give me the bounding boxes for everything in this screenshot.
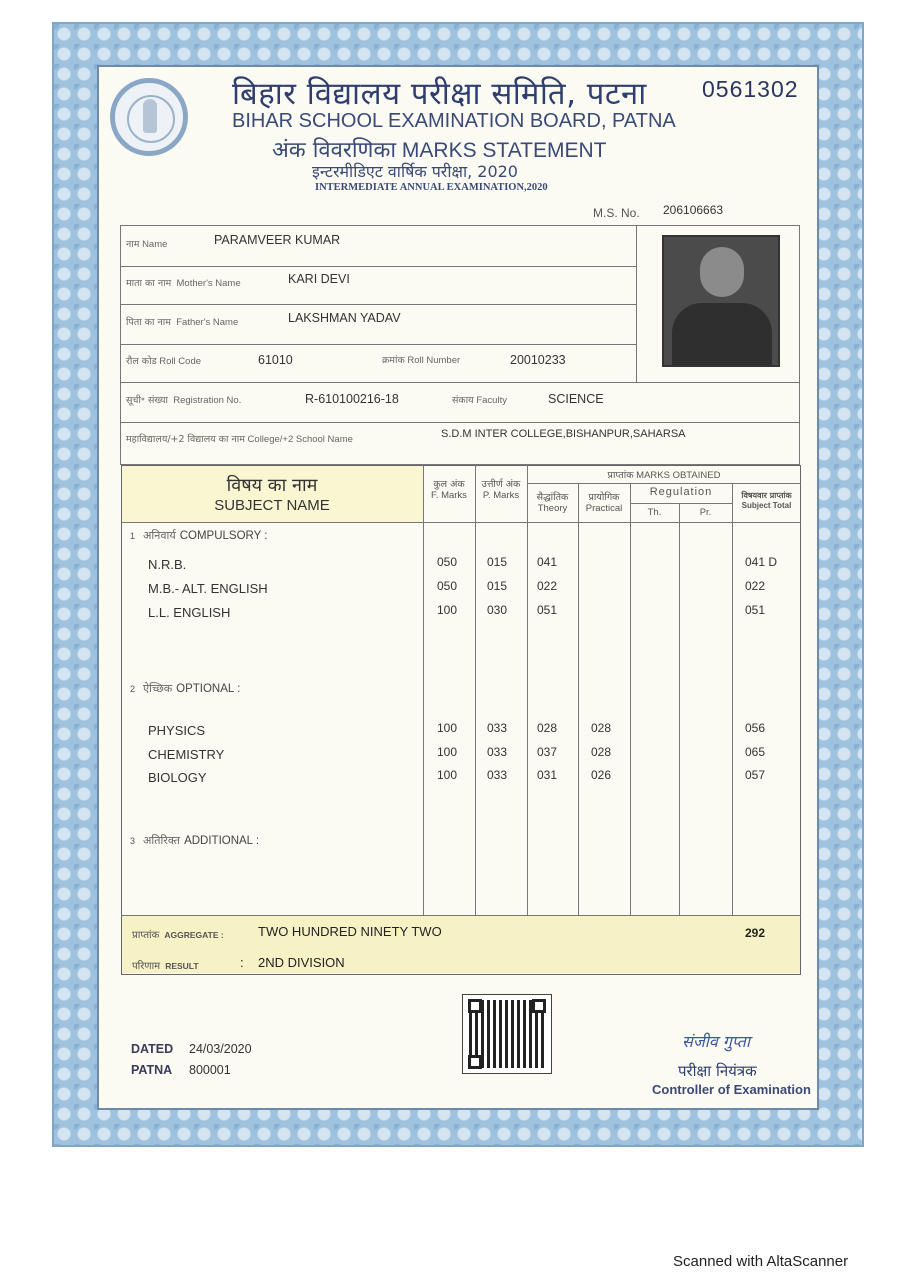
mother-name-label: माता का नाम Mother's Name: [126, 276, 241, 289]
college-label: महाविद्यालय/+2 विद्यालय का नाम College/+…: [126, 432, 353, 445]
section-heading: 1अनिवार्यCOMPULSORY :: [130, 528, 268, 543]
marks-cell-pass: 015: [487, 579, 507, 593]
college-name: S.D.M INTER COLLEGE,BISHANPUR,SAHARSA: [441, 428, 686, 440]
ms-no-label: M.S. No.: [593, 206, 640, 220]
marks-cell-full: 050: [437, 579, 457, 593]
roll-number: 20010233: [510, 353, 566, 367]
result-separator: :: [240, 955, 244, 970]
controller-title-english: Controller of Examination: [652, 1082, 811, 1097]
marks-cell-full: 050: [437, 555, 457, 569]
aggregate-total: 292: [745, 926, 765, 940]
section-heading: 2ऐच्छिकOPTIONAL :: [130, 681, 240, 696]
full-marks-header: कुल अंकF. Marks: [423, 477, 475, 501]
marks-cell-practical: 028: [591, 745, 611, 759]
mother-name: KARI DEVI: [288, 272, 350, 286]
father-name: LAKSHMAN YADAV: [288, 311, 401, 325]
exam-name-english: INTERMEDIATE ANNUAL EXAMINATION,2020: [315, 182, 548, 193]
qr-code: [462, 994, 552, 1074]
subject-header-hindi: विषय का नाम: [122, 473, 422, 497]
aggregate-words: TWO HUNDRED NINETY TWO: [258, 924, 442, 939]
marks-cell-pass: 015: [487, 555, 507, 569]
marks-cell-theory: 051: [537, 603, 557, 617]
marks-obtained-header: प्राप्तांक MARKS OBTAINED: [527, 468, 801, 481]
subject-name: PHYSICS: [148, 723, 205, 738]
roll-code: 61010: [258, 353, 293, 367]
marks-cell-total: 057: [745, 768, 765, 782]
marks-cell-total: 065: [745, 745, 765, 759]
regulation-header: Regulation: [630, 486, 732, 498]
issue-place: PATNA800001: [131, 1063, 231, 1077]
practical-header: प्रायोगिकPractical: [578, 490, 630, 514]
controller-title-hindi: परीक्षा नियंत्रक: [678, 1061, 757, 1081]
marks-cell-pass: 033: [487, 745, 507, 759]
marks-cell-theory: 037: [537, 745, 557, 759]
section-heading: 3अतिरिक्तADDITIONAL :: [130, 833, 259, 848]
board-seal-logo: [110, 78, 188, 156]
exam-name-hindi: इन्टरमीडिएट वार्षिक परीक्षा, 2020: [312, 160, 518, 182]
marks-cell-total: 022: [745, 579, 765, 593]
regulation-theory-header: Th.: [630, 507, 679, 518]
marks-cell-practical: 026: [591, 768, 611, 782]
result-label: परिणाम RESULT: [132, 958, 199, 972]
serial-number: 0561302: [702, 76, 799, 103]
marks-cell-practical: 028: [591, 721, 611, 735]
marks-cell-pass: 030: [487, 603, 507, 617]
student-name: PARAMVEER KUMAR: [214, 233, 340, 247]
subject-header-english: SUBJECT NAME: [122, 497, 422, 514]
result-value: 2ND DIVISION: [258, 955, 345, 970]
pass-marks-header: उत्तीर्ण अंकP. Marks: [475, 477, 527, 501]
name-label: नाम Name: [126, 237, 167, 250]
scanner-watermark: Scanned with AltaScanner: [673, 1253, 848, 1270]
marks-cell-pass: 033: [487, 768, 507, 782]
marks-cell-full: 100: [437, 721, 457, 735]
subject-name: N.R.B.: [148, 557, 186, 572]
father-name-label: पिता का नाम Father's Name: [126, 315, 238, 328]
board-name-english: BIHAR SCHOOL EXAMINATION BOARD, PATNA: [232, 110, 676, 133]
student-photo: [662, 235, 780, 367]
subject-total-header: विषयवार प्राप्तांकSubject Total: [732, 490, 801, 510]
theory-header: सैद्धांतिकTheory: [527, 490, 578, 514]
subject-name: M.B.- ALT. ENGLISH: [148, 581, 268, 596]
marks-cell-full: 100: [437, 768, 457, 782]
marks-cell-total: 056: [745, 721, 765, 735]
subject-name: BIOLOGY: [148, 770, 207, 785]
faculty-label: संकाय Faculty: [452, 393, 507, 406]
issue-date: DATED24/03/2020: [131, 1042, 252, 1056]
marks-cell-total: 041 D: [745, 555, 777, 569]
marks-cell-total: 051: [745, 603, 765, 617]
marks-cell-theory: 031: [537, 768, 557, 782]
regulation-practical-header: Pr.: [679, 507, 732, 518]
roll-number-label: क्रमांक Roll Number: [382, 353, 460, 366]
registration-number: R-610100216-18: [305, 392, 399, 406]
ms-no-value: 206106663: [663, 203, 723, 217]
subject-name: CHEMISTRY: [148, 747, 224, 762]
marks-cell-theory: 028: [537, 721, 557, 735]
marks-cell-theory: 041: [537, 555, 557, 569]
roll-code-label: रौल कोड Roll Code: [126, 354, 201, 367]
faculty: SCIENCE: [548, 392, 604, 406]
statement-title-english: MARKS STATEMENT: [402, 139, 607, 162]
marks-cell-full: 100: [437, 603, 457, 617]
marks-cell-pass: 033: [487, 721, 507, 735]
registration-label: सूची॰ संख्या Registration No.: [126, 393, 241, 406]
controller-signature: संजीव गुप्ता: [682, 1030, 750, 1052]
subject-name: L.L. ENGLISH: [148, 605, 230, 620]
marks-cell-theory: 022: [537, 579, 557, 593]
aggregate-label: प्राप्तांक AGGREGATE :: [132, 927, 224, 941]
board-name-hindi: बिहार विद्यालय परीक्षा समिति, पटना: [232, 72, 647, 114]
marks-cell-full: 100: [437, 745, 457, 759]
